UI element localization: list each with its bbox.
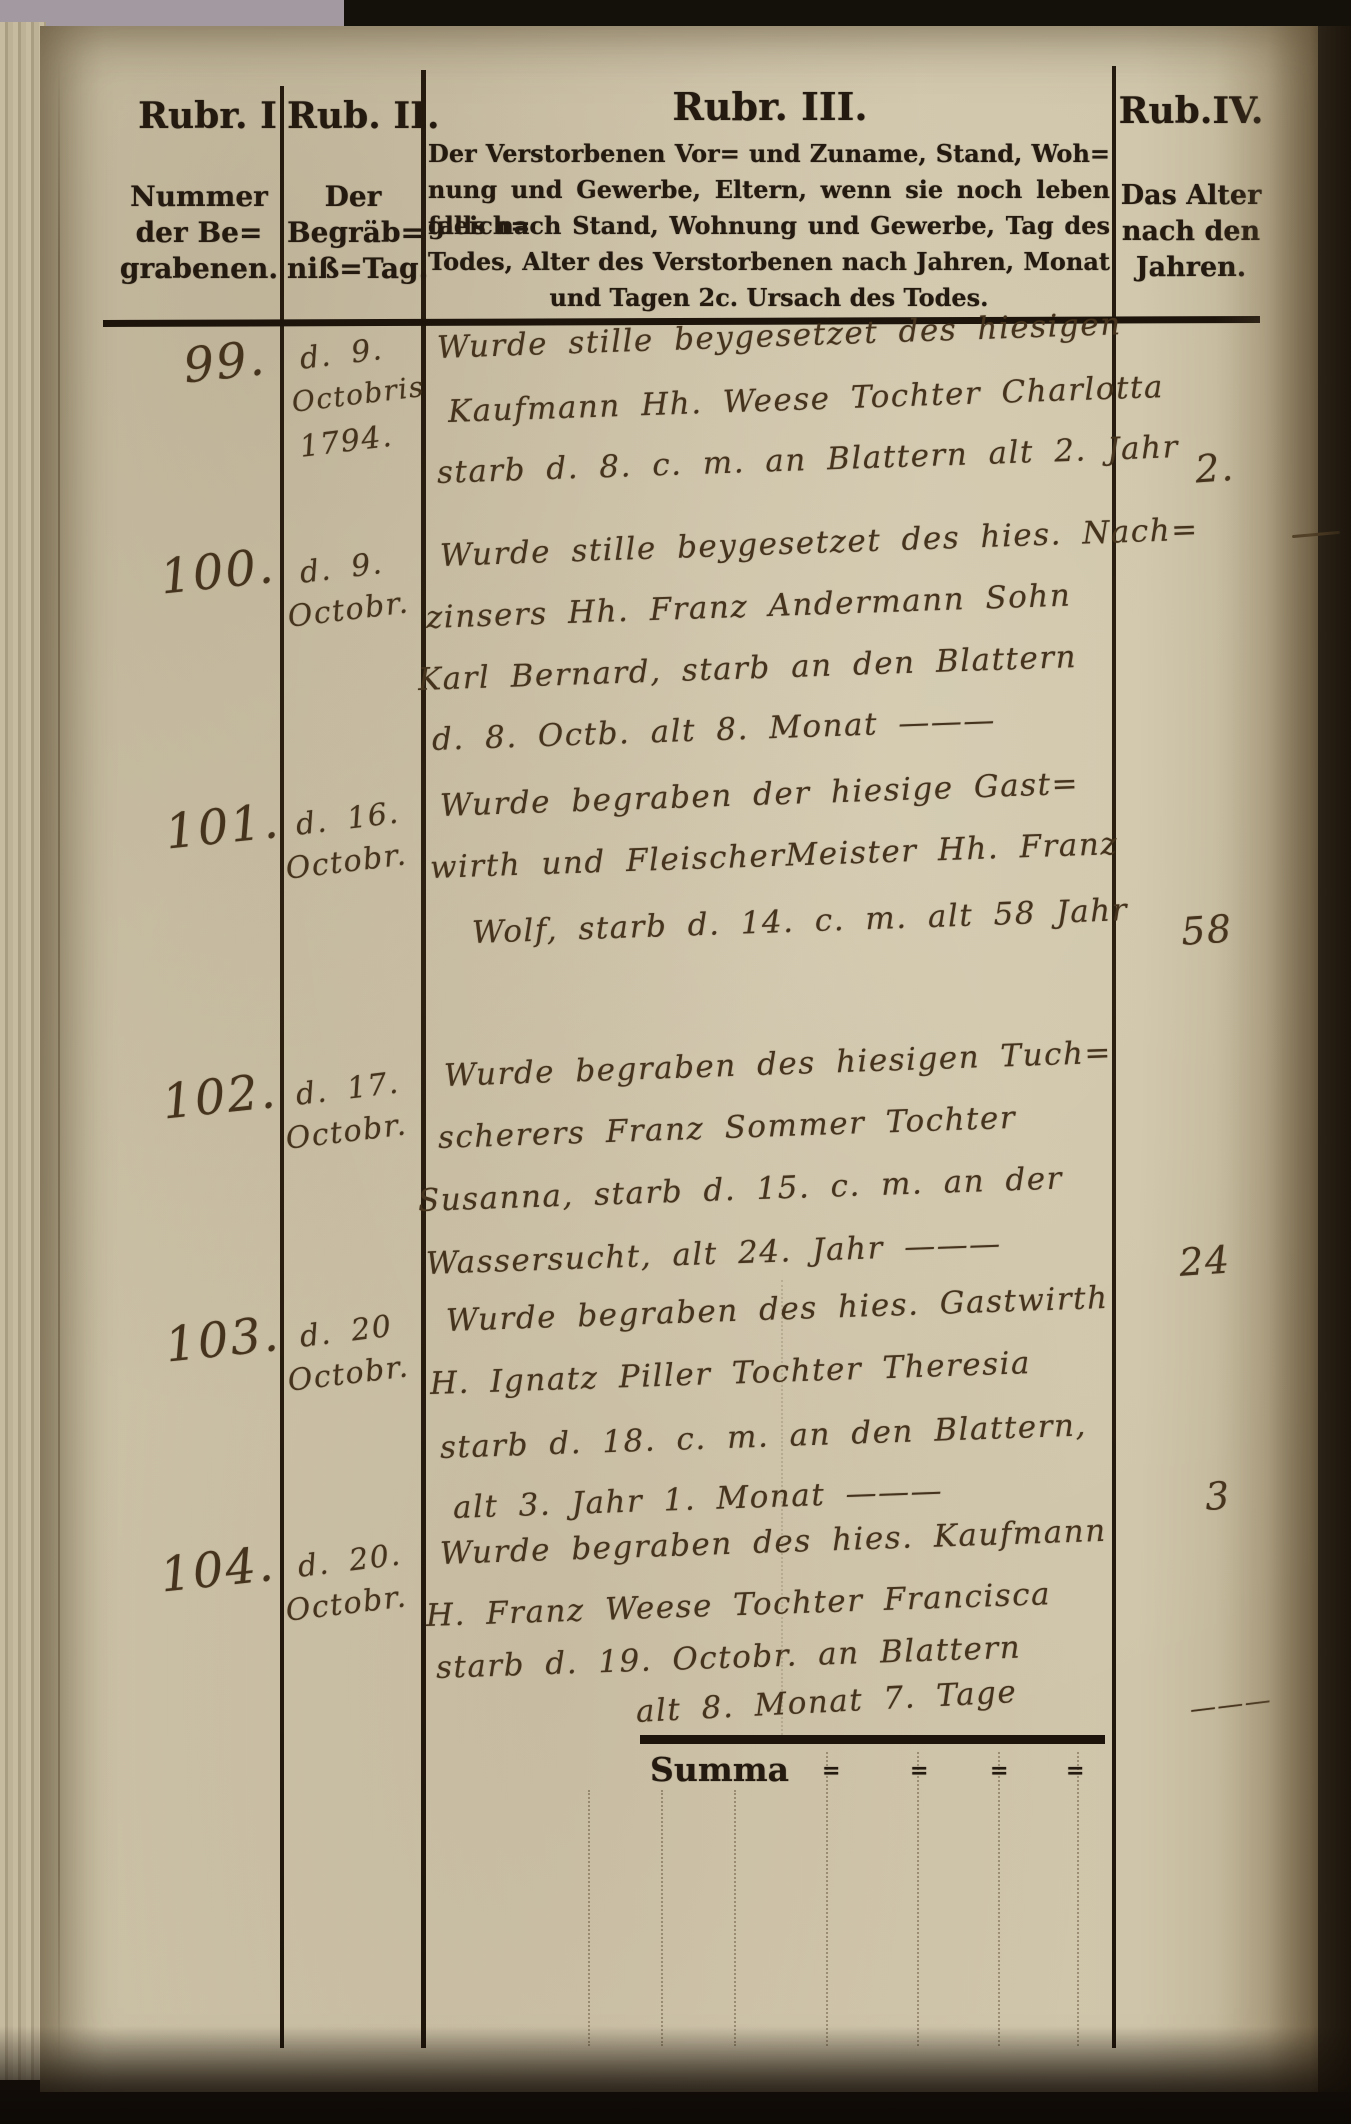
column-4-label-line: Jahren. xyxy=(1118,252,1264,283)
bleed-through-line xyxy=(998,1752,1000,2046)
scanned-register-page: Rubr. I Rub. II. Rubr. III. Rub.IV. Numm… xyxy=(0,0,1351,2124)
bleed-through-line xyxy=(917,1752,919,2046)
bleed-through-line xyxy=(1077,1752,1079,2046)
summa-leader-mark: = xyxy=(910,1758,928,1784)
rubric-2-title: Rub. II. xyxy=(287,95,421,137)
column-1-label-line: Nummer xyxy=(118,180,280,213)
entry-age: 3 xyxy=(1161,1470,1274,1522)
entry-age: 58 xyxy=(1150,904,1263,956)
column-4-label-line: nach den xyxy=(1118,216,1264,247)
bleed-through-line xyxy=(826,1752,828,2046)
column-2-label-line: Der xyxy=(287,180,419,213)
bleed-through-line xyxy=(734,1790,736,2046)
summa-leader-mark: = xyxy=(990,1758,1008,1784)
rubric-4-title: Rub.IV. xyxy=(1116,90,1266,132)
column-1-label-line: grabenen. xyxy=(118,252,280,285)
bleed-through-line xyxy=(661,1790,663,2046)
entry-age: 24 xyxy=(1148,1235,1261,1287)
column-4-label-line: Das Alter xyxy=(1118,180,1264,211)
entry-age: 2. xyxy=(1158,442,1271,494)
column-2-label-line: niß=Tag. xyxy=(287,252,419,285)
summa-leader-mark: = xyxy=(822,1758,840,1784)
column-rule-3 xyxy=(1112,66,1116,2048)
rubric-3-title: Rubr. III. xyxy=(430,84,1110,129)
column-1-label-line: der Be= xyxy=(118,216,280,249)
summa-rule xyxy=(640,1735,1105,1744)
summa-label: Summa xyxy=(650,1750,789,1789)
column-3-label-line: Todes, Alter des Verstorbenen nach Jahre… xyxy=(428,244,1110,280)
column-2-label-line: Begräb= xyxy=(287,216,419,249)
entry-number: 99. xyxy=(167,329,282,396)
column-3-label-line: falls nach Stand, Wohnung und Gewerbe, T… xyxy=(428,208,1110,244)
rubric-1-title: Rubr. I xyxy=(130,95,285,137)
bleed-through-line xyxy=(588,1790,590,2046)
page-crease xyxy=(58,60,60,2070)
column-3-label-line: Der Verstorbenen Vor= und Zuname, Stand,… xyxy=(428,136,1110,172)
summa-leader-mark: = xyxy=(1066,1758,1084,1784)
column-rule-2 xyxy=(421,70,426,2048)
